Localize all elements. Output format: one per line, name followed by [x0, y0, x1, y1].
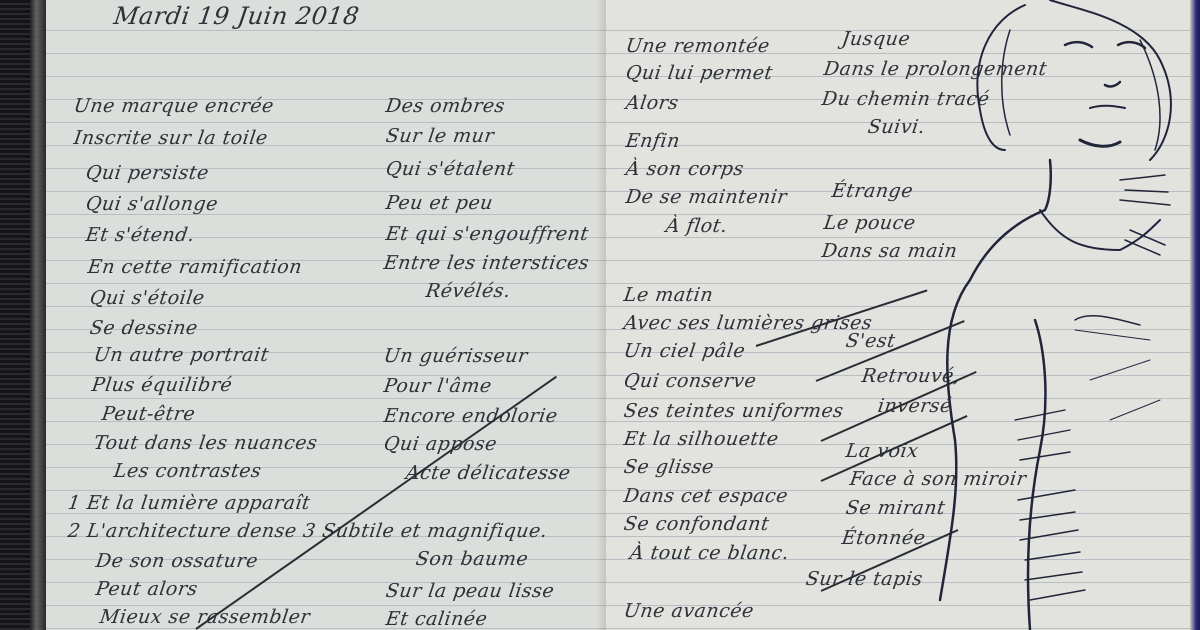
- poem-line: 1 Et la lumière apparaît: [66, 492, 311, 514]
- poem-line: Un ciel pâle: [622, 340, 746, 362]
- date-heading: Mardi 19 Juin 2018: [112, 2, 361, 30]
- poem-line: Son baume: [414, 548, 529, 570]
- woman-portrait-sketch: [820, 0, 1200, 630]
- poem-line: Plus équilibré: [90, 374, 233, 396]
- poem-line: Qui persiste: [84, 162, 210, 184]
- poem-line: Révélés.: [424, 280, 512, 302]
- poem-line: Entre les interstices: [382, 252, 590, 274]
- poem-line: Sur la peau lisse: [384, 580, 555, 602]
- notebook-spine-edge: [30, 0, 46, 630]
- poem-line: Se glisse: [622, 456, 715, 478]
- poem-line: Qui appose: [382, 433, 498, 455]
- poem-line: Qui lui permet: [624, 62, 774, 84]
- poem-line: Et qui s'engouffrent: [384, 223, 590, 245]
- poem-line: Et la silhouette: [622, 428, 780, 450]
- poem-line: Peut-être: [100, 403, 196, 425]
- poem-line: Se confondant: [622, 513, 770, 535]
- poem-line: Le matin: [622, 284, 714, 306]
- poem-line: Et s'étend.: [84, 224, 196, 246]
- poem-line: À son corps: [624, 158, 745, 180]
- poem-line: Enfin: [624, 130, 681, 152]
- page-edge: [1190, 0, 1200, 630]
- poem-line: De se maintenir: [624, 186, 788, 208]
- poem-line: En cette ramification: [86, 256, 303, 278]
- poem-line: Un autre portrait: [92, 344, 270, 366]
- poem-line: Ses teintes uniformes: [622, 400, 845, 422]
- poem-line: Pour l'âme: [382, 375, 493, 397]
- poem-line: Qui s'étalent: [384, 158, 516, 180]
- poem-line: Tout dans les nuances: [92, 432, 318, 454]
- poem-line: 2 L'architecture dense 3 Subtile et magn…: [66, 520, 549, 542]
- poem-line: Une marque encrée: [72, 95, 275, 117]
- poem-line: Qui s'allonge: [84, 193, 219, 215]
- left-page: Mardi 19 Juin 2018 Une marque encrée Ins…: [46, 0, 606, 630]
- poem-line: Se dessine: [88, 317, 199, 339]
- poem-line: Alors: [624, 92, 680, 114]
- poem-line: Une remontée: [624, 35, 771, 57]
- poem-line: Peu et peu: [384, 192, 494, 214]
- poem-line: Encore endolorie: [382, 405, 559, 427]
- poem-line: De son ossature: [94, 550, 259, 572]
- poem-line: À flot.: [664, 215, 729, 237]
- poem-line: Des ombres: [384, 95, 506, 117]
- poem-line: Sur le mur: [384, 125, 495, 147]
- poem-line: Mieux se rassembler: [98, 606, 311, 628]
- poem-line: Un guérisseur: [382, 345, 529, 367]
- poem-line: Peut alors: [94, 578, 199, 600]
- poem-line: À tout ce blanc.: [628, 542, 790, 564]
- poem-line: Une avancée: [622, 600, 755, 622]
- poem-line: Les contrastes: [112, 460, 262, 482]
- poem-line: Qui s'étoile: [88, 287, 206, 309]
- poem-line: Et calinée: [384, 608, 488, 630]
- poem-line: Inscrite sur la toile: [72, 127, 269, 149]
- poem-line: Dans cet espace: [622, 485, 789, 507]
- poem-line: Qui conserve: [622, 370, 757, 392]
